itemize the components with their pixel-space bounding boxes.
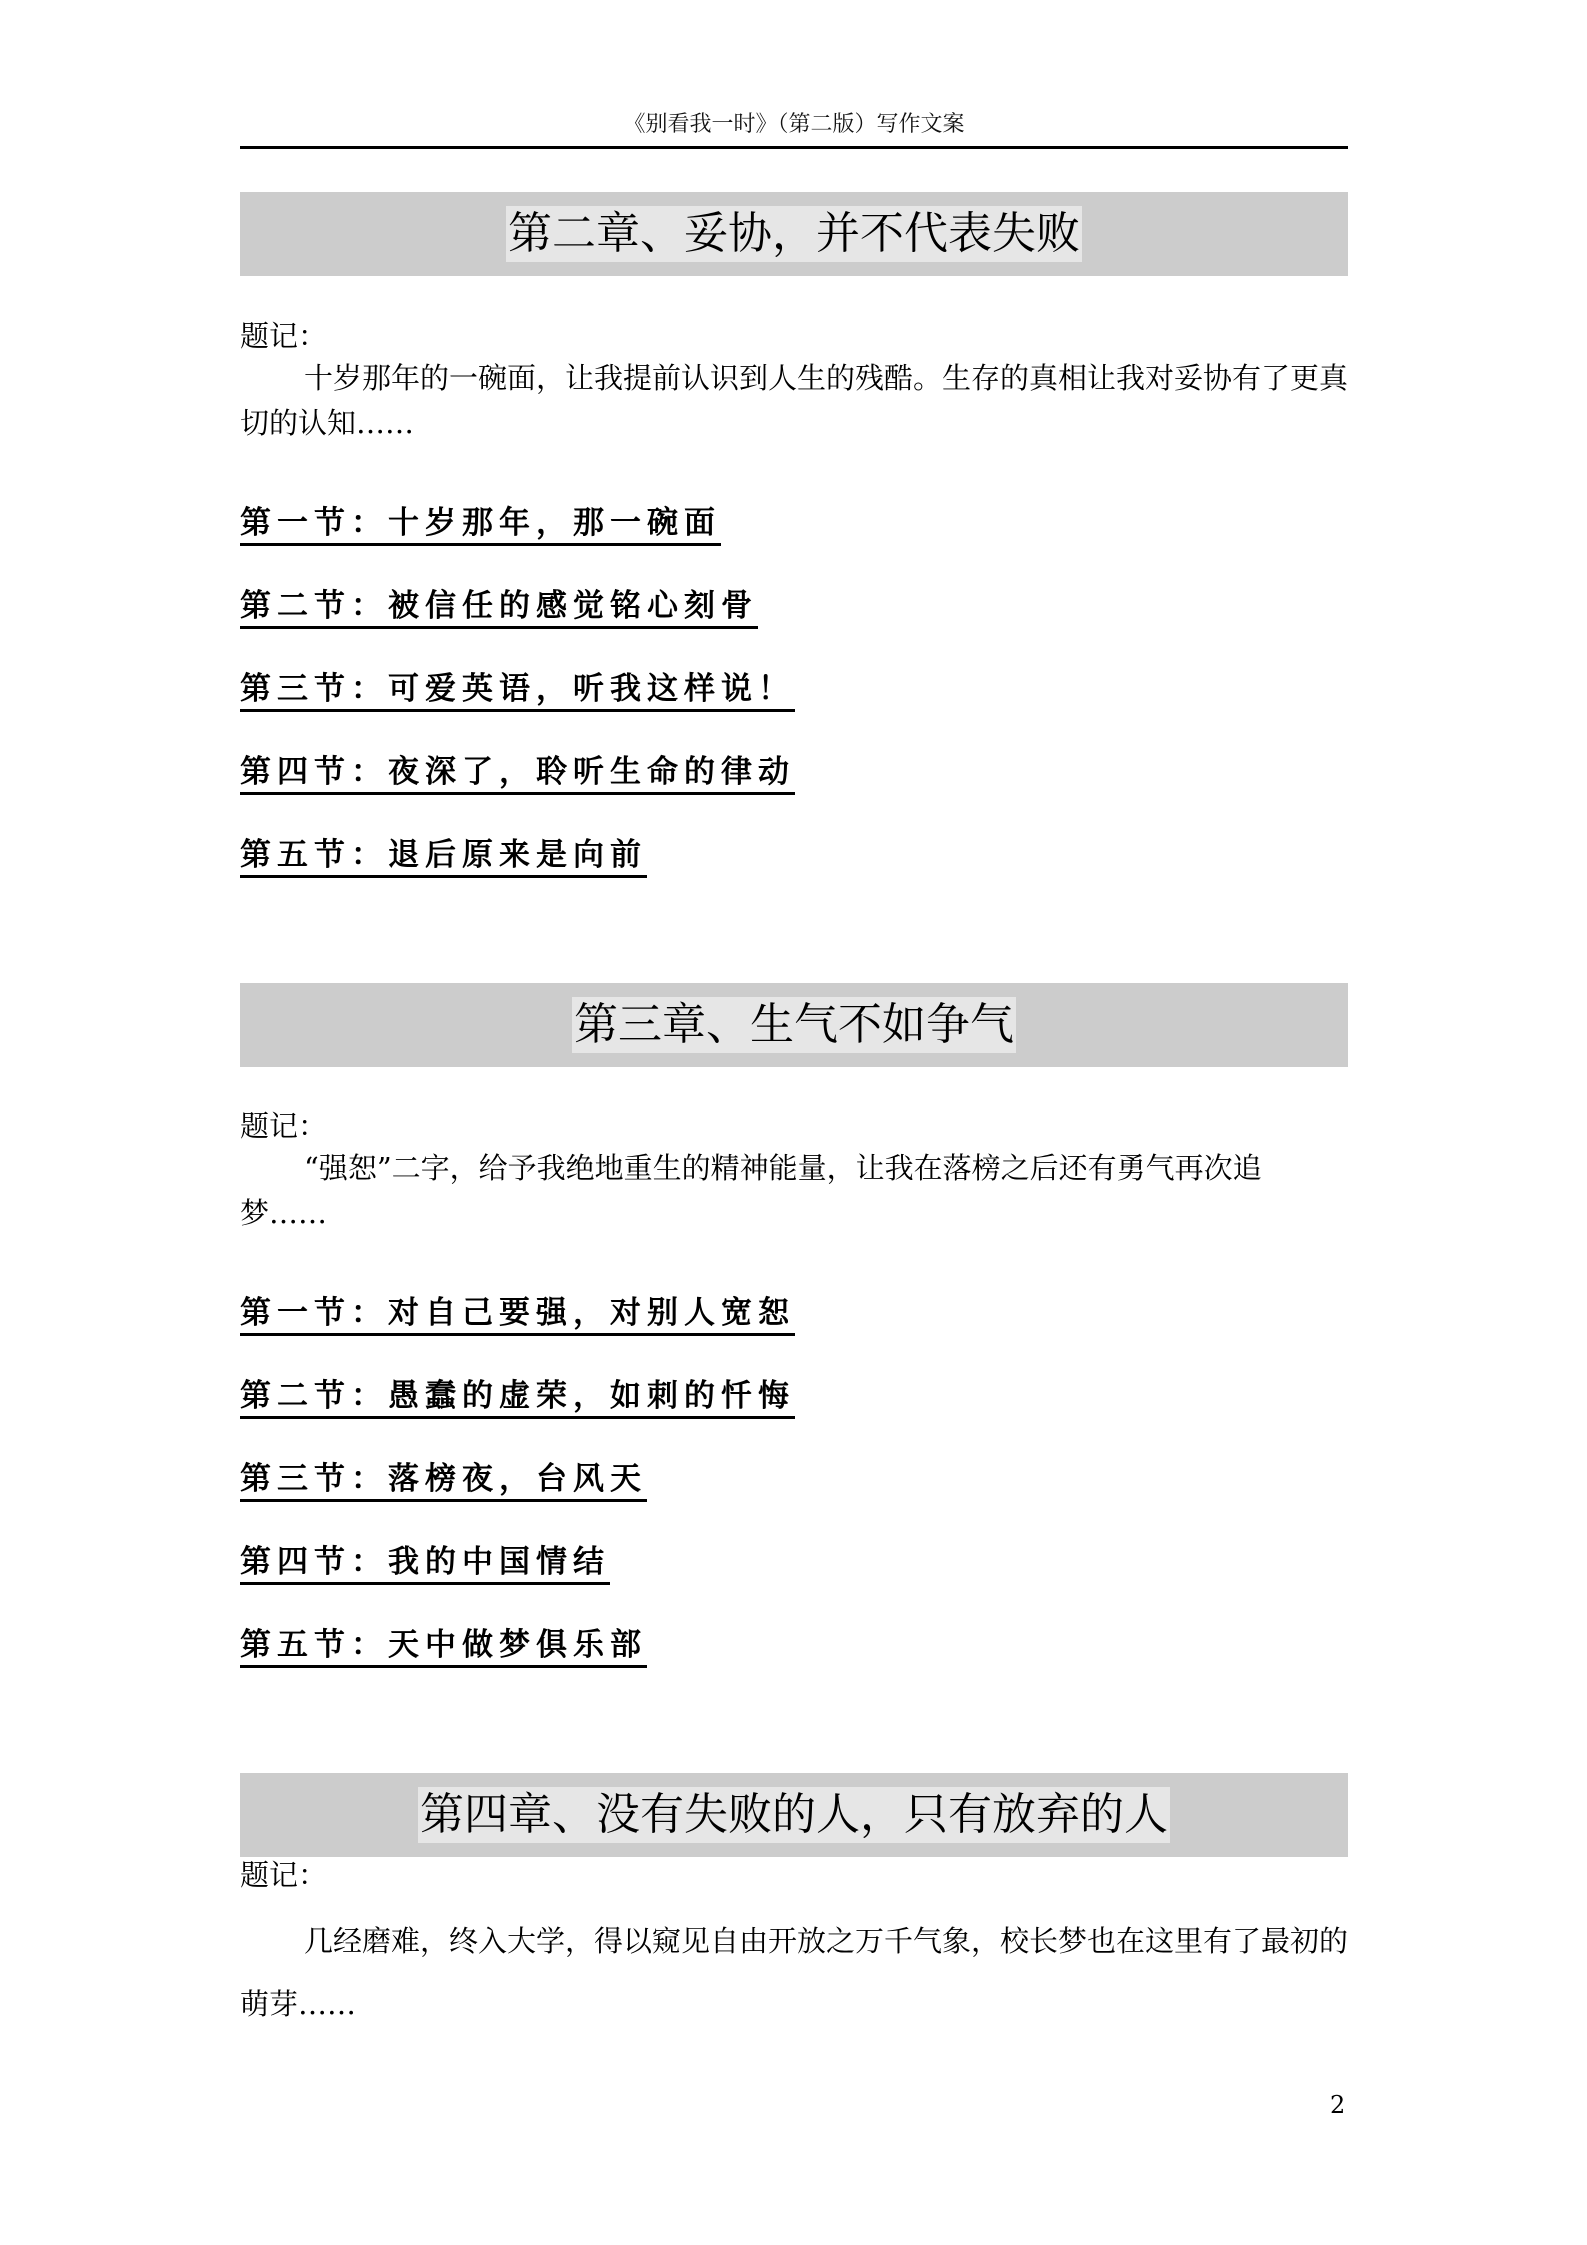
chapter-2-section-5[interactable]: 第五节：退后原来是向前 bbox=[240, 835, 647, 878]
chapter-3-title: 第三章、生气不如争气 bbox=[572, 997, 1016, 1053]
chapter-3-epigraph-label: 题记： bbox=[240, 1108, 327, 1144]
chapter-2-section-3[interactable]: 第三节：可爱英语，听我这样说！ bbox=[240, 669, 795, 712]
chapter-3-section-1[interactable]: 第一节：对自己要强，对别人宽恕 bbox=[240, 1293, 795, 1336]
chapter-2-section-2[interactable]: 第二节：被信任的感觉铭心刻骨 bbox=[240, 586, 758, 629]
chapter-4-heading-band: 第四章、没有失败的人，只有放弃的人 bbox=[240, 1773, 1348, 1857]
chapter-2-section-4[interactable]: 第四节：夜深了，聆听生命的律动 bbox=[240, 752, 795, 795]
running-header: 《别看我一时》（第二版）写作文案 bbox=[240, 110, 1348, 140]
chapter-3-section-3[interactable]: 第三节：落榜夜，台风天 bbox=[240, 1459, 647, 1502]
chapter-2-epigraph: 十岁那年的一碗面，让我提前认识到人生的残酷。生存的真相让我对妥协有了更真切的认知… bbox=[240, 356, 1348, 446]
page-number: 2 bbox=[1330, 2090, 1345, 2120]
chapter-4-epigraph: 几经磨难，终入大学，得以窥见自由开放之万千气象，校长梦也在这里有了最初的萌芽…… bbox=[240, 1910, 1348, 2036]
chapter-2-title: 第二章、妥协，并不代表失败 bbox=[506, 206, 1082, 262]
header-rule bbox=[240, 146, 1348, 149]
chapter-3-section-5[interactable]: 第五节：天中做梦俱乐部 bbox=[240, 1625, 647, 1668]
chapter-3-epigraph: “强恕”二字，给予我绝地重生的精神能量，让我在落榜之后还有勇气再次追梦…… bbox=[240, 1146, 1348, 1236]
chapter-4-epigraph-label: 题记： bbox=[240, 1857, 327, 1893]
chapter-3-section-2[interactable]: 第二节：愚蠢的虚荣，如刺的忏悔 bbox=[240, 1376, 795, 1419]
chapter-2-heading-band: 第二章、妥协，并不代表失败 bbox=[240, 192, 1348, 276]
chapter-3-section-4[interactable]: 第四节：我的中国情结 bbox=[240, 1542, 610, 1585]
chapter-2-epigraph-label: 题记： bbox=[240, 318, 327, 354]
chapter-3-heading-band: 第三章、生气不如争气 bbox=[240, 983, 1348, 1067]
chapter-2-section-1[interactable]: 第一节：十岁那年，那一碗面 bbox=[240, 503, 721, 546]
chapter-4-title: 第四章、没有失败的人，只有放弃的人 bbox=[418, 1787, 1170, 1843]
